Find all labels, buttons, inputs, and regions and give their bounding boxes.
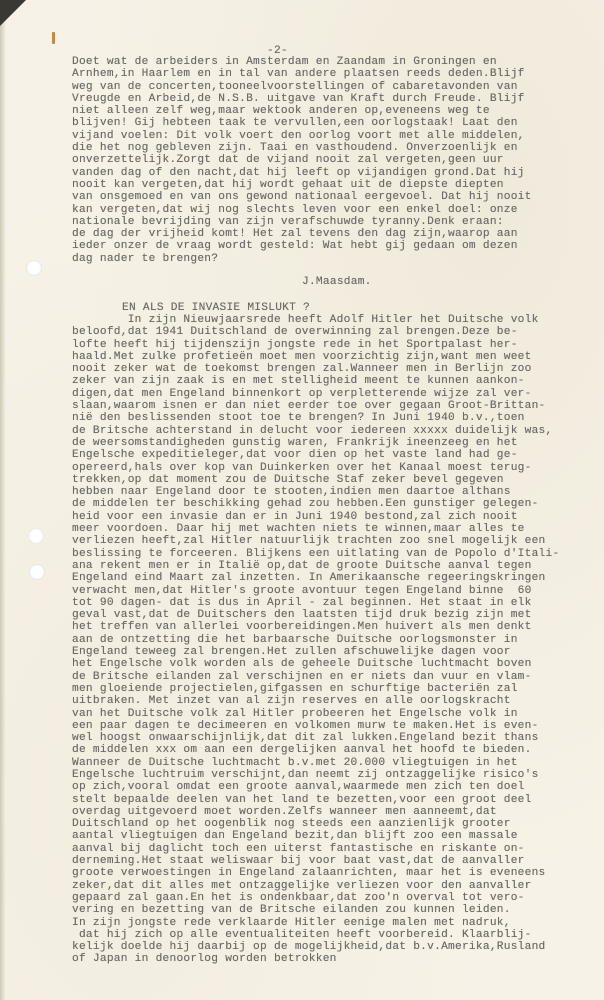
text-line: Engelsche luchtruim verschijnt,dan neemt… <box>72 769 559 781</box>
text-line: van het Duitsche volk zal Hitler probeer… <box>72 708 559 720</box>
text-line: de weersomstandigheden gunstig waren, Fr… <box>72 437 559 449</box>
text-line: Engelsche expeditieleger,dat voor dien o… <box>72 449 559 461</box>
text-line: de middelen xxx om aan een dergelijken a… <box>72 744 559 756</box>
text-line: In zijn jongste rede verklaarde Hitler e… <box>72 917 559 929</box>
text-line: vering en bezetting van de Britsche eila… <box>72 904 559 916</box>
text-line: ana rekent men er in Italië op,dat de gr… <box>72 560 559 572</box>
text-line: verwacht men,dat Hitler's groote avontuu… <box>72 585 559 597</box>
text-line: verliezen heeft,zal Hitler natuurlijk tr… <box>72 535 559 547</box>
typewritten-page: -2- Doet wat de arbeiders in Amsterdam e… <box>0 0 604 1000</box>
text-line: uitbraken. Met inzet van al zijn reserve… <box>72 695 559 707</box>
text-line: het Engelsche volk worden als de geheele… <box>72 658 559 670</box>
text-line: kelijk doelde hij daarbij op de mogelijk… <box>72 941 559 953</box>
text-line: trekken,op dat moment zou de Duitsche St… <box>72 474 559 486</box>
text-line: onverzettelijk.Zorgt dat de vijand nooit… <box>72 154 532 166</box>
text-line: men gloeiende projectielen,gifgassen en … <box>72 683 559 695</box>
text-line: heid voor een invasie dan er in Juni 194… <box>72 511 559 523</box>
text-line: overdag uitgevoerd moet worden.Zelfs wan… <box>72 806 559 818</box>
signature: J.Maasdam. <box>302 276 372 288</box>
text-line: Doet wat de arbeiders in Amsterdam en Za… <box>72 56 532 68</box>
punch-hole-icon <box>28 528 44 544</box>
text-line: aan de ontzetting die het barbaarsche Du… <box>72 634 559 646</box>
section-heading: EN ALS DE INVASIE MISLUKT ? <box>122 302 310 314</box>
text-line: zeker,dat dit alles met ontzaggelijke ve… <box>72 880 559 892</box>
text-line: beslissing te forceeren. Blijkens een ui… <box>72 548 559 560</box>
text-line: stelt bepaalde deelen van het land te be… <box>72 794 559 806</box>
text-line: van onsgemoed en van ons gewond nationaa… <box>72 191 532 203</box>
text-line: Duitschland op het oogenblik nog steeds … <box>72 818 559 830</box>
text-line: een paar dagen te decimeeren en volkomen… <box>72 720 559 732</box>
text-line: In zijn Nieuwjaarsrede heeft Adolf Hitle… <box>72 314 559 326</box>
text-line: wel hoogst onwaarschijnlijk,dat dit zal … <box>72 732 559 744</box>
text-line: weg van de concerten,tooneelvoorstelling… <box>72 81 532 93</box>
text-line: meer voordoen. Daar hij met wachten niet… <box>72 523 559 535</box>
text-line: Arnhem,in Haarlem en in tal van andere p… <box>72 68 532 80</box>
text-line: aantal vliegtuigen dan Engeland bezit,da… <box>72 830 559 842</box>
text-line: derneming.Het staat weliswaar bij voor b… <box>72 855 559 867</box>
text-line: digen,dat men Engeland binnenkort op ver… <box>72 388 559 400</box>
page-edge-shadow <box>0 0 6 1000</box>
text-line: het treffen van allerlei voorbereidingen… <box>72 621 559 633</box>
text-line: ieder onzer de vraag wordt gesteld: Wat … <box>72 240 532 252</box>
text-line: de Britsche eilanden zal verschijnen en … <box>72 671 559 683</box>
text-line: groote verwoestingen in Engeland zalaanr… <box>72 867 559 879</box>
text-line: niet alleen zelf weg,maar wektook andere… <box>72 105 532 117</box>
text-line: hebben naar Engeland door te stooten,ind… <box>72 486 559 498</box>
text-line: zeker van zijn zaak is en met stellighei… <box>72 375 559 387</box>
text-line: slaan,waarom isnen er dan niet eerder to… <box>72 400 559 412</box>
text-line: of Japan in denoorlog worden betrokken <box>72 953 559 965</box>
text-line: op zich,vooral omdat een groote aanval,w… <box>72 781 559 793</box>
document-body: -2- Doet wat de arbeiders in Amsterdam e… <box>72 0 602 86</box>
text-line: lofte heeft hij tijdenszijn jongste rede… <box>72 339 559 351</box>
paragraph-appeal: Doet wat de arbeiders in Amsterdam en Za… <box>72 56 532 265</box>
punch-hole-icon <box>26 260 42 276</box>
text-line: Vreugde en Arbeid,de N.S.B. uitgave van … <box>72 93 532 105</box>
text-line: opereerd,hals over kop van Duinkerken ov… <box>72 462 559 474</box>
text-line: de middelen ter beschikking gehad zou he… <box>72 498 559 510</box>
text-line: haald.Met zulke profetieën moet men voor… <box>72 351 559 363</box>
paragraph-invasion: In zijn Nieuwjaarsrede heeft Adolf Hitle… <box>72 314 559 966</box>
text-line: geval vast,dat de Duitschers den laatste… <box>72 609 559 621</box>
text-line: dag nader te brengen? <box>72 253 532 265</box>
text-line: tot 90 dagen- dat is dus in April - zal … <box>72 597 559 609</box>
text-line: die het nog gebleven zijn. Taai en vasth… <box>72 142 532 154</box>
folded-corner <box>0 0 26 26</box>
text-line: nië den beslissenden stoot toe te brenge… <box>72 412 559 424</box>
text-line: beloofd,dat 1941 Duitschland de overwinn… <box>72 326 559 338</box>
text-line: blijven! Gij hebteen taak te vervullen,e… <box>72 117 532 129</box>
text-line: de dag der vrijheid komt! Het zal tevens… <box>72 228 532 240</box>
text-line: nationale bevrijding van zijn verafschuw… <box>72 216 532 228</box>
text-line: Wanneer de Duitsche luchtmacht b.v.met 2… <box>72 757 559 769</box>
text-line: vanden dag of den nacht,dat hij leeft op… <box>72 167 532 179</box>
text-line: nooit zeker wat de toekomst brengen zal.… <box>72 363 559 375</box>
text-line: aanval bij daglicht toch een uiterst fan… <box>72 843 559 855</box>
text-line: dat hij zich op alle eventualiteiten hee… <box>72 929 559 941</box>
text-line: vijand voelen: Dit volk voert den oorlog… <box>72 130 532 142</box>
text-line: de Britsche achterstand in delucht voor … <box>72 425 559 437</box>
text-line: gepaard zal gaan.En het is ondenkbaar,da… <box>72 892 559 904</box>
text-line: Engeland eind Maart zal inzetten. In Ame… <box>72 572 559 584</box>
staple-rust-mark <box>52 32 55 44</box>
text-line: nooit kan vergeten,dat hij wordt gehaat … <box>72 179 532 191</box>
text-line: Engeland teweeg zal brengen.Het zullen a… <box>72 646 559 658</box>
text-line: kan vergeten,dat wij nog slechts leven v… <box>72 204 532 216</box>
punch-hole-icon <box>29 564 45 580</box>
